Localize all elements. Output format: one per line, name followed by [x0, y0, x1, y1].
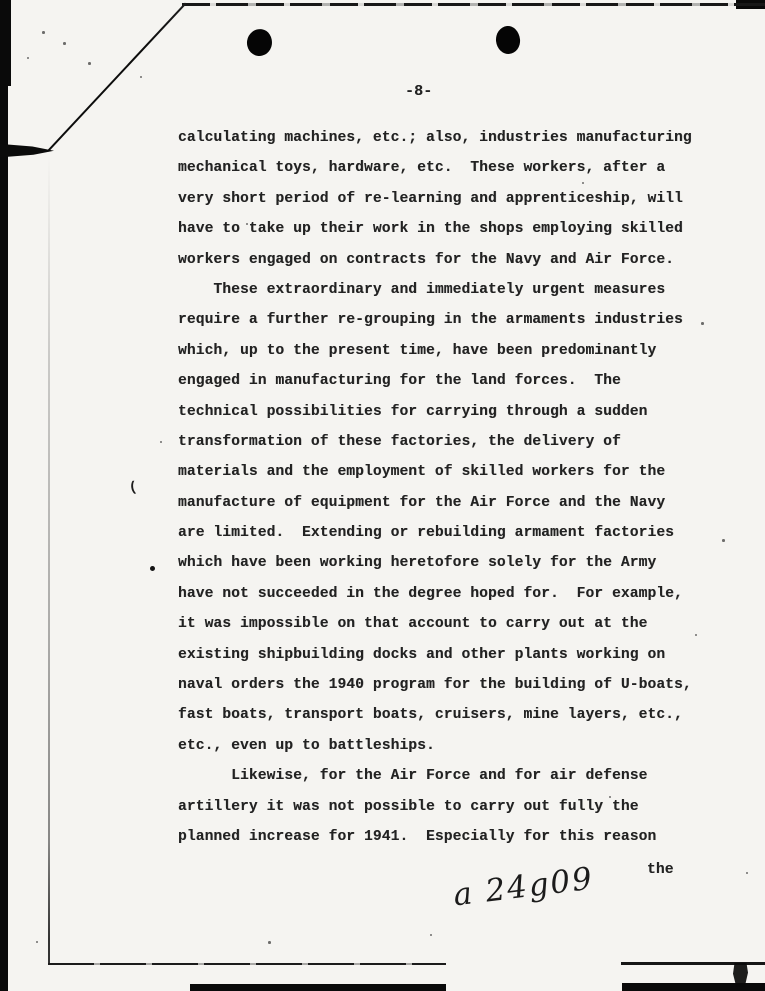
- dust-speck: [701, 322, 704, 325]
- text-line: have not succeeded in the degree hoped f…: [178, 579, 718, 609]
- text-line: materials and the employment of skilled …: [178, 457, 718, 487]
- dust-speck: [695, 634, 697, 636]
- dust-speck: [246, 223, 248, 225]
- dust-speck: [42, 31, 45, 34]
- text-line: very short period of re-learning and app…: [178, 184, 718, 214]
- text-line: require a further re-grouping in the arm…: [178, 305, 718, 335]
- text-line: existing shipbuilding docks and other pl…: [178, 640, 718, 670]
- text-line: These extraordinary and immediately urge…: [178, 275, 718, 305]
- dust-speck: [609, 796, 611, 798]
- dust-speck: [430, 934, 432, 936]
- dust-speck: [746, 872, 748, 874]
- folded-corner-crease-line: [47, 3, 186, 152]
- stray-pen-mark: (: [128, 479, 139, 496]
- page-number: -8-: [405, 83, 432, 100]
- handwritten-annotation: a 24g09: [451, 861, 595, 914]
- scan-corner-dark-mark: [0, 142, 54, 158]
- stray-dot-mark: [150, 566, 155, 571]
- dust-speck: [582, 182, 584, 184]
- page-top-edge-line: [182, 3, 765, 6]
- text-line: which, up to the present time, have been…: [178, 336, 718, 366]
- catchword-the: the: [647, 861, 674, 879]
- text-line: which have been working heretofore solel…: [178, 548, 718, 578]
- text-line: manufacture of equipment for the Air For…: [178, 488, 718, 518]
- scanned-document-page: -8- calculating machines, etc.; also, in…: [0, 0, 765, 991]
- scan-left-edge-bar-top: [0, 0, 11, 86]
- text-line: have to take up their work in the shops …: [178, 214, 718, 244]
- typed-text-block: calculating machines, etc.; also, indust…: [178, 123, 718, 852]
- text-line: planned increase for 1941. Especially fo…: [178, 822, 718, 852]
- dust-speck: [140, 76, 142, 78]
- text-line: technical possibilities for carrying thr…: [178, 397, 718, 427]
- hole-punch-mark-left: [245, 27, 274, 57]
- dust-speck: [63, 42, 66, 45]
- text-line: workers engaged on contracts for the Nav…: [178, 245, 718, 275]
- text-line: naval orders the 1940 program for the bu…: [178, 670, 718, 700]
- hole-punch-mark-right: [495, 25, 522, 55]
- text-line: it was impossible on that account to car…: [178, 609, 718, 639]
- text-line: fast boats, transport boats, cruisers, m…: [178, 700, 718, 730]
- page-bottom-edge-line-left: [48, 963, 446, 965]
- dust-speck: [160, 441, 162, 443]
- text-line: mechanical toys, hardware, etc. These wo…: [178, 153, 718, 183]
- text-line: etc., even up to battleships.: [178, 731, 718, 761]
- page-left-crease-line: [48, 155, 50, 963]
- text-line: Likewise, for the Air Force and for air …: [178, 761, 718, 791]
- text-line: artillery it was not possible to carry o…: [178, 792, 718, 822]
- text-line: calculating machines, etc.; also, indust…: [178, 123, 718, 153]
- text-line: transformation of these factories, the d…: [178, 427, 718, 457]
- dust-speck: [88, 62, 91, 65]
- dust-speck: [27, 57, 29, 59]
- dust-speck: [722, 539, 725, 542]
- dust-speck: [520, 262, 522, 264]
- scan-bottom-bar-left: [190, 984, 446, 991]
- text-line: engaged in manufacturing for the land fo…: [178, 366, 718, 396]
- dust-speck: [268, 941, 271, 944]
- text-line: are limited. Extending or rebuilding arm…: [178, 518, 718, 548]
- dust-speck: [36, 941, 38, 943]
